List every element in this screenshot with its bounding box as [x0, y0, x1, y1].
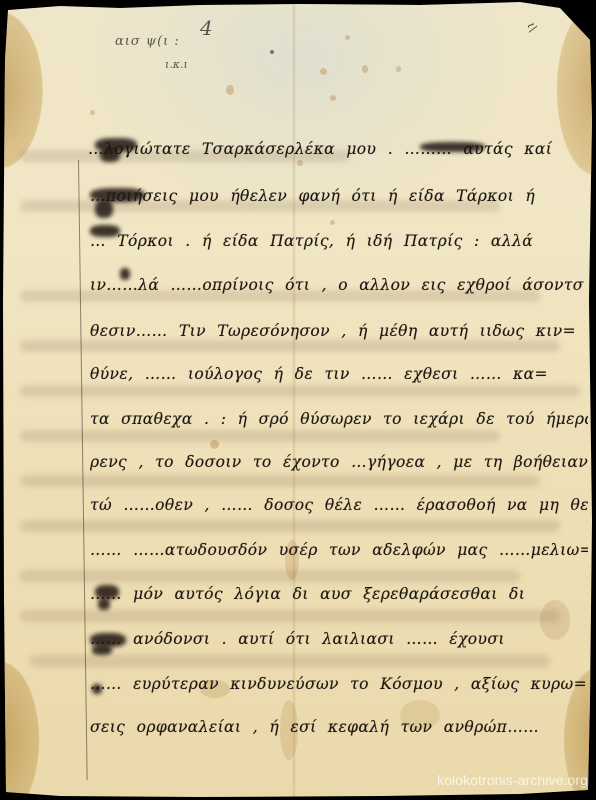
letter-line: …… ευρύτεραν κινδυνεύσων το Κόσμου , αξί…	[90, 675, 588, 693]
manuscript-page: αισ ψ(ι : 4 ι.κ.ι ι\ …λογιώτατε Τσαρκάσε…	[0, 0, 596, 800]
archive-watermark: kolokotronis-archive.org	[437, 772, 588, 788]
letter-body: …λογιώτατε Τσαρκάσερλέκα μου . ……… αυτάς…	[0, 0, 596, 800]
letter-line: τα σπαθεχα . : ή σρό θύσωρεν το ιεχάρι δ…	[90, 410, 588, 428]
letter-line: …… ανόδονσι . αυτί ότι λαιλιασι …… έχουσ…	[90, 630, 588, 648]
letter-line: ρενς , το δοσοιν το έχοντο …γήγοεα , με …	[90, 453, 588, 471]
letter-line: …ποιήσεις μου ήθελεν φανή ότι ή είδα Τάρ…	[90, 187, 588, 205]
letter-line: …… μόν αυτός λόγια δι αυσ ξερεθαράσεσθαι…	[90, 585, 588, 603]
letter-line: σεις ορφαναλείαι , ή εσί κεφαλή των ανθρ…	[90, 718, 588, 736]
letter-line: θύνε, …… ιούλογος ή δε τιν …… εχθεσι …… …	[90, 365, 588, 383]
letter-line: … Τόρκοι . ή είδα Πατρίς, ή ιδή Πατρίς :…	[90, 232, 588, 250]
letter-line: …… ……ατωδουσδόν υσέρ των αδελφών μας ……μ…	[90, 541, 588, 559]
letter-line: ιν……λά ……οπρίνοις ότι , ο αλλον εις εχθρ…	[90, 276, 588, 294]
letter-line: …λογιώτατε Τσαρκάσερλέκα μου . ……… αυτάς…	[88, 140, 588, 158]
letter-line: τώ ……οθεν , …… δοσος θέλε …… έρασοθοή να…	[90, 496, 588, 514]
letter-line: θεσιν…… Τιν Τωρεσόνησον , ή μέθη αυτή ιι…	[90, 322, 588, 340]
